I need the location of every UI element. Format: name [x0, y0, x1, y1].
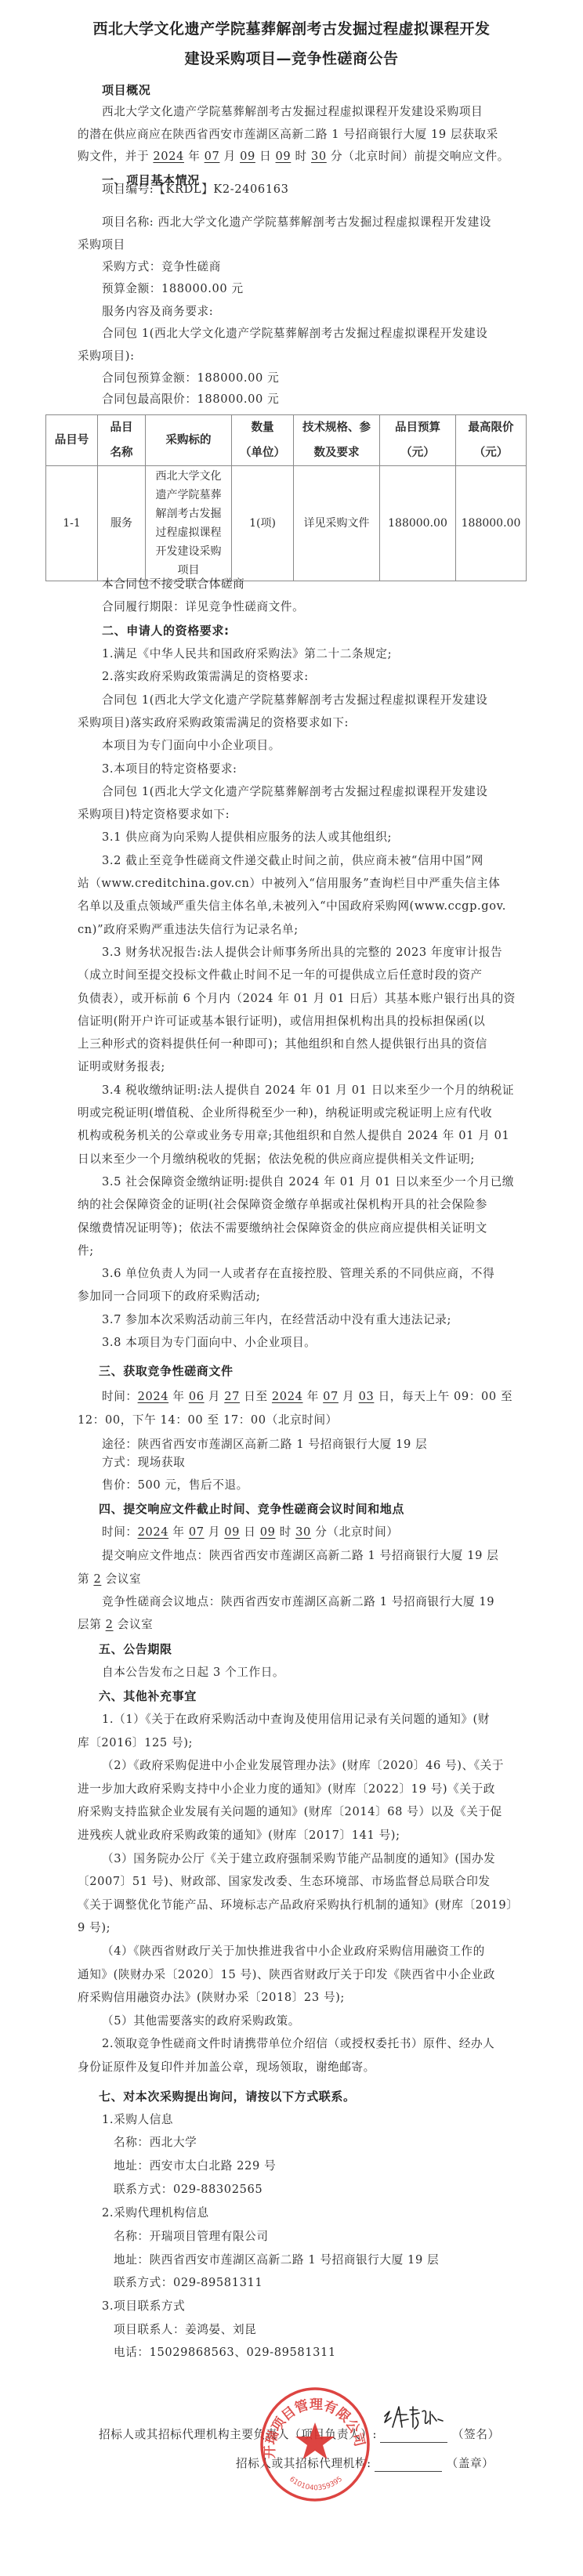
header-text: 品目预算 [383, 415, 452, 440]
meeting-place-line-2: 层第 2 会议室 [78, 1617, 153, 1633]
deadline-day: 09 [240, 150, 255, 163]
header-text: 品目号 [49, 428, 94, 453]
agency-name: 名称：开瑞项目管理有限公司 [114, 2229, 269, 2245]
text: 分（北京时间）前提交响应文件。 [327, 150, 509, 163]
document-title-line-1: 西北大学文化遗产学院墓葬解剖考古发掘过程虚拟课程开发 [0, 17, 583, 38]
cell-quantity: 1(项) [232, 466, 294, 581]
acquisition-route: 途径：陕西省西安市莲湖区高新二路 1 号招商银行大厦 19 层 [102, 1437, 427, 1453]
text: 时 [276, 1525, 296, 1539]
paragraph-line: 进残疾人就业政府采购政策的通知》(财库〔2017〕141 号); [78, 1828, 400, 1843]
cell-text: 解剖考古发掘 [149, 505, 228, 523]
paragraph-line: 2.领取竞争性磋商文件时请携带单位介绍信（或授权委托书）原件、经办人 [102, 2036, 494, 2052]
project-name-line-2: 采购项目 [78, 237, 125, 253]
header-text: 采购标的 [149, 428, 228, 453]
paragraph-line: 2.落实政府采购政策需满足的资格要求: [102, 669, 309, 685]
room-number: 2 [93, 1572, 101, 1586]
package-line-2: 采购项目): [78, 349, 135, 364]
section-3-heading: 三、获取竞争性磋商文件 [99, 1363, 234, 1379]
header-text: 数量 [235, 415, 290, 440]
contract-term: 合同履行期限：详见竞争性磋商文件。 [102, 599, 304, 615]
end-day: 03 [359, 1390, 375, 1403]
submit-day: 09 [224, 1525, 240, 1539]
header-quantity: 数量（单位） [232, 415, 294, 466]
text: 月 [219, 150, 240, 163]
text: 层第 [78, 1618, 106, 1631]
company-seal-icon: 开瑞项目管理有限公司 6101040359395 [259, 2386, 371, 2502]
end-month: 07 [323, 1390, 339, 1403]
text: 日至 [240, 1390, 272, 1403]
paragraph-line: 身份证原件及复印件并加盖公章，现场领取，谢绝邮寄。 [78, 2060, 375, 2075]
header-item-no: 品目号 [46, 415, 98, 466]
service-requirements-label: 服务内容及商务要求: [102, 304, 213, 320]
acquisition-method: 方式：现场获取 [102, 1455, 185, 1471]
project-contact-phone: 电话：15029868563、029-89581311 [114, 2345, 336, 2361]
text: 分（北京时间） [311, 1525, 399, 1539]
text: 年 [184, 150, 205, 163]
cell-spec: 详见采购文件 [294, 466, 380, 581]
text: 会议室 [101, 1572, 141, 1586]
procurement-method: 采购方式：竞争性磋商 [102, 259, 221, 275]
cell-text: 过程虚拟课程 [149, 523, 228, 542]
header-spec: 技术规格、参数及要求 [294, 415, 380, 466]
paragraph-line: 9 号); [78, 1920, 110, 1936]
seal-number: 6101040359395 [288, 2476, 344, 2493]
paragraph-line: 信证明(附开户许可证或基本银行证明)，或信用担保机构出具的投标担保函(以 [78, 1014, 485, 1029]
paragraph-line: 3.本项目的特定资格要求: [102, 762, 237, 777]
agency-heading: 2.采购代理机构信息 [102, 2205, 209, 2221]
overview-heading: 项目概况 [102, 82, 150, 98]
signature-suffix: （签名） [452, 2428, 500, 2441]
paragraph-line: 1.满足《中华人民共和国政府采购法》第二十二条规定; [102, 646, 392, 662]
paragraph-line: 3.3 财务状况报告:法人提供会计师事务所出具的完整的 2023 年度审计报告 [102, 945, 502, 961]
purchaser-address: 地址：西安市太白北路 229 号 [114, 2158, 276, 2174]
project-name-line-1: 项目名称: 西北大学文化遗产学院墓葬解剖考古发掘过程虚拟课程开发建设 [102, 215, 491, 230]
header-item-name: 品目名称 [98, 415, 146, 466]
deadline-year: 2024 [153, 150, 184, 163]
submit-minute: 30 [295, 1525, 311, 1539]
paragraph-line: 机构或税务机关的公章或业务专用章;其他组织和自然人提供自 2024 年 01 月… [78, 1128, 509, 1144]
section-4-heading: 四、提交响应文件截止时间、竞争性磋商会议时间和地点 [99, 1501, 404, 1517]
paragraph-line: cn)”政府采购严重违法失信行为记录名单; [78, 922, 299, 938]
paragraph-line: （4）《陕西省财政厅关于加快推进我省中小企业政府采购信用融资工作的 [102, 1944, 485, 1959]
header-budget: 品目预算（元） [380, 415, 456, 466]
header-text: 名称 [101, 440, 142, 465]
paragraph-line: 采购项目)落实政府采购政策需满足的资格要求如下: [78, 715, 349, 731]
paragraph-line: 负债表），或开标前 6 个月内（2024 年 01 月 01 日后）其基本账户银… [78, 991, 516, 1007]
table-row: 1-1 服务 西北大学文化 遗产学院墓葬 解剖考古发掘 过程虚拟课程 开发建设采… [46, 466, 527, 581]
cell-max-price: 188000.00 [456, 466, 527, 581]
paragraph-line: 通知》(陕财办采〔2020〕15 号)、陕西省财政厅关于印发《陕西省中小企业政 [78, 1967, 495, 1983]
paragraph-line: 参加同一合同项下的政府采购活动; [78, 1289, 260, 1304]
section-6-heading: 六、其他补充事宜 [99, 1688, 197, 1704]
paragraph-line: （2）《政府采购促进中小企业发展管理办法》(财库〔2020〕46 号)、《关于 [102, 1758, 504, 1774]
overview-line: 的潜在供应商应在陕西省西安市莲湖区高新二路 1 号招商银行大厦 19 层获取采 [78, 127, 498, 143]
paragraph-line: 3.7 参加本次采购活动前三年内，在经营活动中没有重大违法记录; [102, 1312, 451, 1328]
header-max-price: 最高限价（元） [456, 415, 527, 466]
header-text: 数及要求 [297, 440, 376, 465]
text: 会议室 [114, 1618, 154, 1631]
paragraph-line: 本项目为专门面向中小企业项目。 [102, 738, 281, 754]
notice-period: 自本公告发布之日起 3 个工作日。 [102, 1665, 284, 1681]
overview-line-prefix: 购文件，并于 [78, 150, 153, 163]
overview-deadline-line: 购文件，并于 2024 年 07 月 09 日 09 时 30 分（北京时间）前… [78, 149, 509, 165]
cell-budget: 188000.00 [380, 466, 456, 581]
text: 月 [205, 1390, 225, 1403]
paragraph-line: 进一步加大政府采购支持中小企业力度的通知》(财库〔2022〕19 号)《关于政 [78, 1782, 495, 1797]
header-text: 最高限价 [459, 415, 523, 440]
items-table: 品目号 品目名称 采购标的 数量（单位） 技术规格、参数及要求 品目预算（元） … [45, 414, 527, 581]
deadline-minute: 30 [311, 150, 327, 163]
submission-place-line-1: 提交响应文件地点：陕西省西安市莲湖区高新二路 1 号招商银行大厦 19 层 [102, 1548, 498, 1564]
budget-amount: 预算金额：188000.00 元 [102, 281, 244, 297]
paragraph-line: 纳的社会保障资金的证明(社会保障资金缴存单据或社保机构开具的社会保险参 [78, 1197, 487, 1213]
paragraph-line: 《关于调整优化节能产品、环境标志产品政府采购执行机制的通知》(财库〔2019〕 [78, 1898, 518, 1913]
paragraph-line: 证明或财务报表; [78, 1059, 165, 1075]
paragraph-line: 件; [78, 1243, 94, 1259]
cell-item-no: 1-1 [46, 466, 98, 581]
document-title-line-2: 建设采购项目—竞争性磋商公告 [0, 47, 583, 68]
paragraph-line: 合同包 1(西北大学文化遗产学院墓葬解剖考古发掘过程虚拟课程开发建设 [102, 693, 487, 708]
document-price: 售价：500 元，售后不退。 [102, 1478, 248, 1493]
header-text: 技术规格、参 [297, 415, 376, 440]
section-2-heading: 二、申请人的资格要求: [102, 623, 230, 639]
paragraph-line: 库〔2016〕125 号); [78, 1735, 193, 1751]
paragraph-line: 名单以及重点领域严重失信主体名单,未被列入“中国政府采购网(www.ccgp.g… [78, 899, 506, 914]
purchaser-contact: 联系方式：029-88302565 [114, 2182, 263, 2198]
paragraph-line: 3.1 供应商为向采购人提供相应服务的法人或其他组织; [102, 830, 392, 845]
meeting-place-line-1: 竞争性磋商会议地点：陕西省西安市莲湖区高新二路 1 号招商银行大厦 19 [102, 1594, 494, 1610]
deadline-month: 07 [205, 150, 220, 163]
paragraph-line: 3.8 本项目为专门面向中、小企业项目。 [102, 1335, 316, 1351]
announcement-page: 西北大学文化遗产学院墓葬解剖考古发掘过程虚拟课程开发 建设采购项目—竞争性磋商公… [0, 0, 583, 2576]
paragraph-line: 上三种形式的资料提供任何一种即可)；其他组织和自然人提供银行出具的资信 [78, 1037, 487, 1052]
package-budget: 合同包预算金额：188000.00 元 [102, 371, 279, 386]
cell-item-name: 服务 [98, 466, 146, 581]
header-text: （元） [383, 440, 452, 465]
project-contact-heading: 3.项目联系方式 [102, 2299, 185, 2314]
text: 日 [255, 150, 276, 163]
handwritten-signature-icon [382, 2404, 444, 2435]
package-max-price: 合同包最高限价：188000.00 元 [102, 392, 279, 407]
package-line-1: 合同包 1(西北大学文化遗产学院墓葬解剖考古发掘过程虚拟课程开发建设 [102, 326, 487, 342]
cell-subject: 西北大学文化 遗产学院墓葬 解剖考古发掘 过程虚拟课程 开发建设采购 项目 [146, 466, 232, 581]
text: 年 [168, 1525, 189, 1539]
overview-line: 西北大学文化遗产学院墓葬解剖考古发掘过程虚拟课程开发建设采购项目 [102, 104, 483, 120]
start-month: 06 [189, 1390, 205, 1403]
text: 月 [339, 1390, 359, 1403]
purchaser-name: 名称：西北大学 [114, 2135, 197, 2151]
project-contact-persons: 项目联系人：姜鸿晏、刘昆 [114, 2322, 256, 2338]
svg-text:6101040359395: 6101040359395 [288, 2476, 344, 2493]
no-consortium-note: 本合同包不接受联合体磋商 [102, 577, 244, 592]
paragraph-line: 3.2 截止至竞争性磋商文件递交截止时间之前，供应商未被“信用中国”网 [102, 853, 483, 869]
paragraph-line: 〔2007〕51 号)、财政部、国家发改委、生态环境部、市场监督总局联合印发 [78, 1874, 491, 1890]
text: 日 [240, 1525, 260, 1539]
deadline-hour: 09 [276, 150, 291, 163]
text: 日，每天上午 09：00 至 [374, 1390, 512, 1403]
submit-hour: 09 [260, 1525, 276, 1539]
paragraph-line: 采购项目)特定资格要求如下: [78, 807, 230, 823]
paragraph-line: 3.5 社会保障资金缴纳证明:提供自 2024 年 01 月 01 日以来至少一… [102, 1174, 514, 1190]
section-7-heading: 七、对本次采购提出询问，请按以下方式联系。 [99, 2089, 356, 2104]
header-text: （元） [459, 440, 523, 465]
end-year: 2024 [272, 1390, 303, 1403]
paragraph-line: 3.4 税收缴纳证明:法人提供自 2024 年 01 月 01 日以来至少一个月… [102, 1083, 514, 1098]
paragraph-line: 府采购支持监狱企业发展有关问题的通知》(财库〔2014〕68 号）以及《关于促 [78, 1804, 502, 1820]
paragraph-line: 合同包 1(西北大学文化遗产学院墓葬解剖考古发掘过程虚拟课程开发建设 [102, 784, 487, 800]
agency-contact: 联系方式：029-89581311 [114, 2275, 263, 2291]
text: 年 [302, 1390, 323, 1403]
paragraph-line: 3.6 单位负责人为同一人或者存在直接控股、管理关系的不同供应商，不得 [102, 1266, 494, 1282]
text: 时间： [102, 1525, 138, 1539]
agency-address: 地址：陕西省西安市莲湖区高新二路 1 号招商银行大厦 19 层 [114, 2252, 439, 2268]
paragraph-line: 站（www.creditchina.gov.cn）中被列入“信用服务”查询栏目中… [78, 876, 500, 892]
cell-text: 遗产学院墓葬 [149, 486, 228, 505]
header-text: 品目 [101, 415, 142, 440]
text: 时 [291, 150, 311, 163]
text: 第 [78, 1572, 93, 1586]
paragraph-line: 明或完税证明(增值税、企业所得税至少一种)，纳税证明或完税证明上应有代收 [78, 1105, 492, 1121]
submission-place-line-2: 第 2 会议室 [78, 1572, 141, 1587]
purchaser-heading: 1.采购人信息 [102, 2112, 173, 2128]
seal-blank [375, 2458, 442, 2472]
table-header-row: 品目号 品目名称 采购标的 数量（单位） 技术规格、参数及要求 品目预算（元） … [46, 415, 527, 466]
text: 年 [168, 1390, 189, 1403]
paragraph-line: （成立时间至提交投标文件截止时间不足一年的可提供成立后任意时段的资产 [78, 968, 483, 983]
paragraph-line: （3）国务院办公厅《关于建立政府强制采购节能产品制度的通知》(国办发 [102, 1851, 495, 1867]
meeting-room-number: 2 [106, 1618, 114, 1631]
paragraph-line: 日以来至少一个月缴纳税收的凭据；依法免税的供应商应提供相关文件证明; [78, 1152, 475, 1167]
paragraph-line: （5）其他需要落实的政府采购政策。 [102, 2013, 300, 2029]
acquisition-time-line-1: 时间：2024 年 06 月 27 日至 2024 年 07 月 03 日，每天… [102, 1389, 512, 1405]
text: 月 [205, 1525, 225, 1539]
submit-year: 2024 [138, 1525, 169, 1539]
cell-text: 开发建设采购 [149, 542, 228, 561]
start-year: 2024 [138, 1390, 169, 1403]
acquisition-time-line-2: 12：00，下午 14：00 至 17：00（北京时间） [78, 1413, 338, 1428]
seal-suffix: （盖章） [447, 2457, 494, 2470]
cell-text: 西北大学文化 [149, 467, 228, 486]
submission-deadline: 时间：2024 年 07 月 09 日 09 时 30 分（北京时间） [102, 1525, 399, 1540]
text: 时间： [102, 1390, 138, 1403]
header-subject: 采购标的 [146, 415, 232, 466]
project-number: 项目编号:【KRDL】K2-2406163 [102, 182, 288, 197]
paragraph-line: 1.（1）《关于在政府采购活动中查询及使用信用记录有关问题的通知》(财 [102, 1712, 490, 1728]
paragraph-line: 府采购信用融资办法》(陕财办采〔2018〕23 号); [78, 1990, 345, 2006]
submit-month: 07 [189, 1525, 205, 1539]
paragraph-line: 保缴费情况证明等)；依法不需要缴纳社会保障资金的供应商应提供相关证明文 [78, 1221, 487, 1236]
section-5-heading: 五、公告期限 [99, 1641, 172, 1657]
header-text: （单位） [235, 440, 290, 465]
start-day: 27 [224, 1390, 240, 1403]
